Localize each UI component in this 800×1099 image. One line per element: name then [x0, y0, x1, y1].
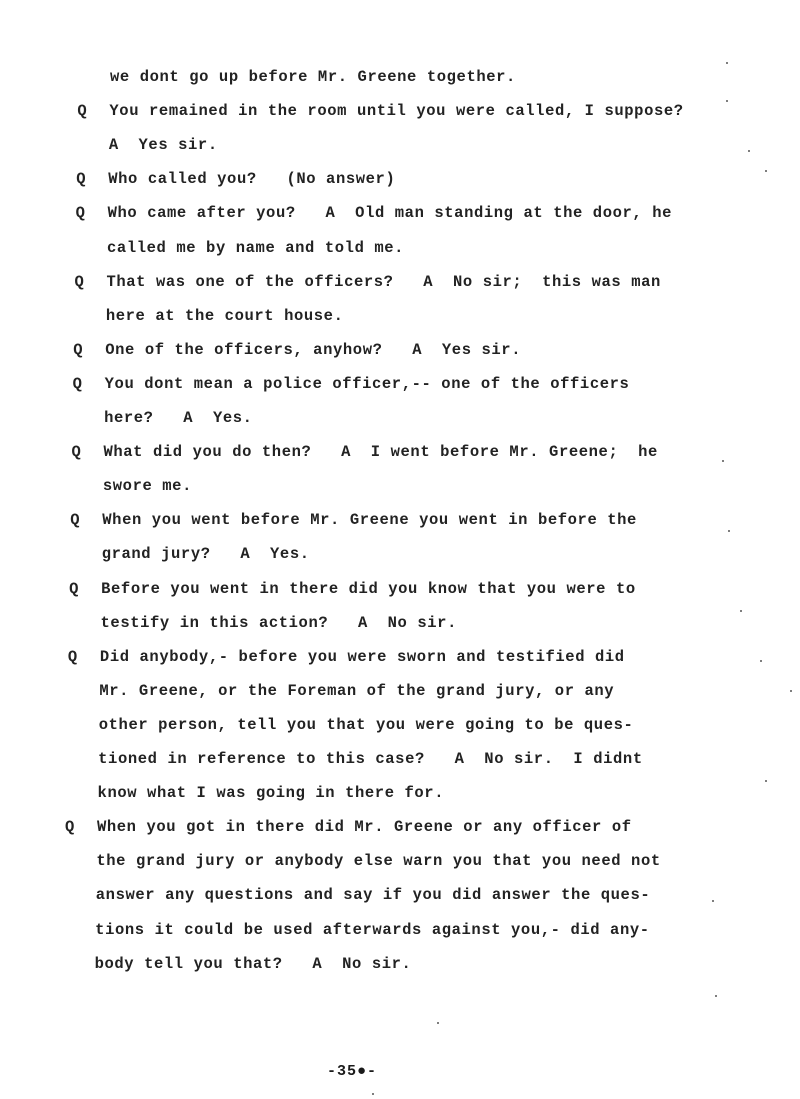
transcript-line: grand jury? A Yes.: [102, 545, 310, 563]
question-marker: Q: [73, 341, 82, 359]
question-marker: Q: [69, 580, 78, 598]
scan-speck: [765, 170, 767, 172]
transcript-line: we dont go up before Mr. Greene together…: [110, 68, 516, 86]
question-marker: Q: [70, 511, 79, 529]
transcript-line: One of the officers, anyhow? A Yes sir.: [105, 341, 521, 359]
transcript-line: That was one of the officers? A No sir; …: [106, 273, 660, 291]
transcript-line: Did anybody,- before you were sworn and …: [100, 648, 625, 666]
transcript-line: swore me.: [103, 477, 192, 495]
question-marker: Q: [71, 443, 80, 461]
transcript-line: answer any questions and say if you did …: [96, 886, 650, 904]
question-marker: Q: [65, 818, 74, 836]
transcript-line: What did you do then? A I went before Mr…: [103, 443, 657, 461]
transcript-line: You dont mean a police officer,-- one of…: [105, 375, 630, 393]
scan-speck: [372, 1093, 374, 1095]
page-number: -35●-: [327, 1063, 377, 1080]
transcript-page: we dont go up before Mr. Greene together…: [0, 0, 800, 1099]
transcript-line: When you went before Mr. Greene you went…: [102, 511, 637, 529]
scan-speck: [722, 460, 724, 462]
transcript-line: the grand jury or anybody else warn you …: [96, 852, 660, 870]
question-marker: Q: [73, 375, 82, 393]
question-marker: Q: [74, 273, 83, 291]
question-marker: Q: [77, 102, 86, 120]
scan-speck: [765, 780, 767, 782]
scan-speck: [748, 150, 750, 152]
transcript-line: other person, tell you that you were goi…: [99, 716, 634, 734]
transcript-line: Before you went in there did you know th…: [101, 580, 636, 598]
transcript-line: You remained in the room until you were …: [109, 102, 683, 120]
scan-speck: [726, 62, 728, 64]
scan-speck: [726, 100, 728, 102]
scan-speck: [437, 1022, 439, 1024]
transcript-line: here at the court house.: [106, 307, 344, 325]
transcript-line: Who came after you? A Old man standing a…: [108, 204, 672, 222]
transcript-line: When you got in there did Mr. Greene or …: [97, 818, 632, 836]
scan-speck: [740, 610, 742, 612]
transcript-line: tions it could be used afterwards agains…: [95, 921, 649, 939]
transcript-line: here? A Yes.: [104, 409, 253, 427]
transcript-line: Mr. Greene, or the Foreman of the grand …: [99, 682, 614, 700]
scan-speck: [728, 530, 730, 532]
transcript-line: tioned in reference to this case? A No s…: [98, 750, 643, 768]
transcript-line: body tell you that? A No sir.: [95, 955, 412, 973]
question-marker: Q: [76, 170, 85, 188]
scan-speck: [712, 900, 714, 902]
transcript-line: know what I was going in there for.: [98, 784, 445, 802]
transcript-line: A Yes sir.: [109, 136, 218, 154]
scan-speck: [790, 690, 792, 692]
transcript-line: testify in this action? A No sir.: [101, 614, 457, 632]
transcript-line: called me by name and told me.: [107, 239, 404, 257]
transcript-line: Who called you? (No answer): [108, 170, 395, 188]
scan-speck: [715, 995, 717, 997]
question-marker: Q: [76, 204, 85, 222]
scan-speck: [760, 660, 762, 662]
question-marker: Q: [68, 648, 77, 666]
